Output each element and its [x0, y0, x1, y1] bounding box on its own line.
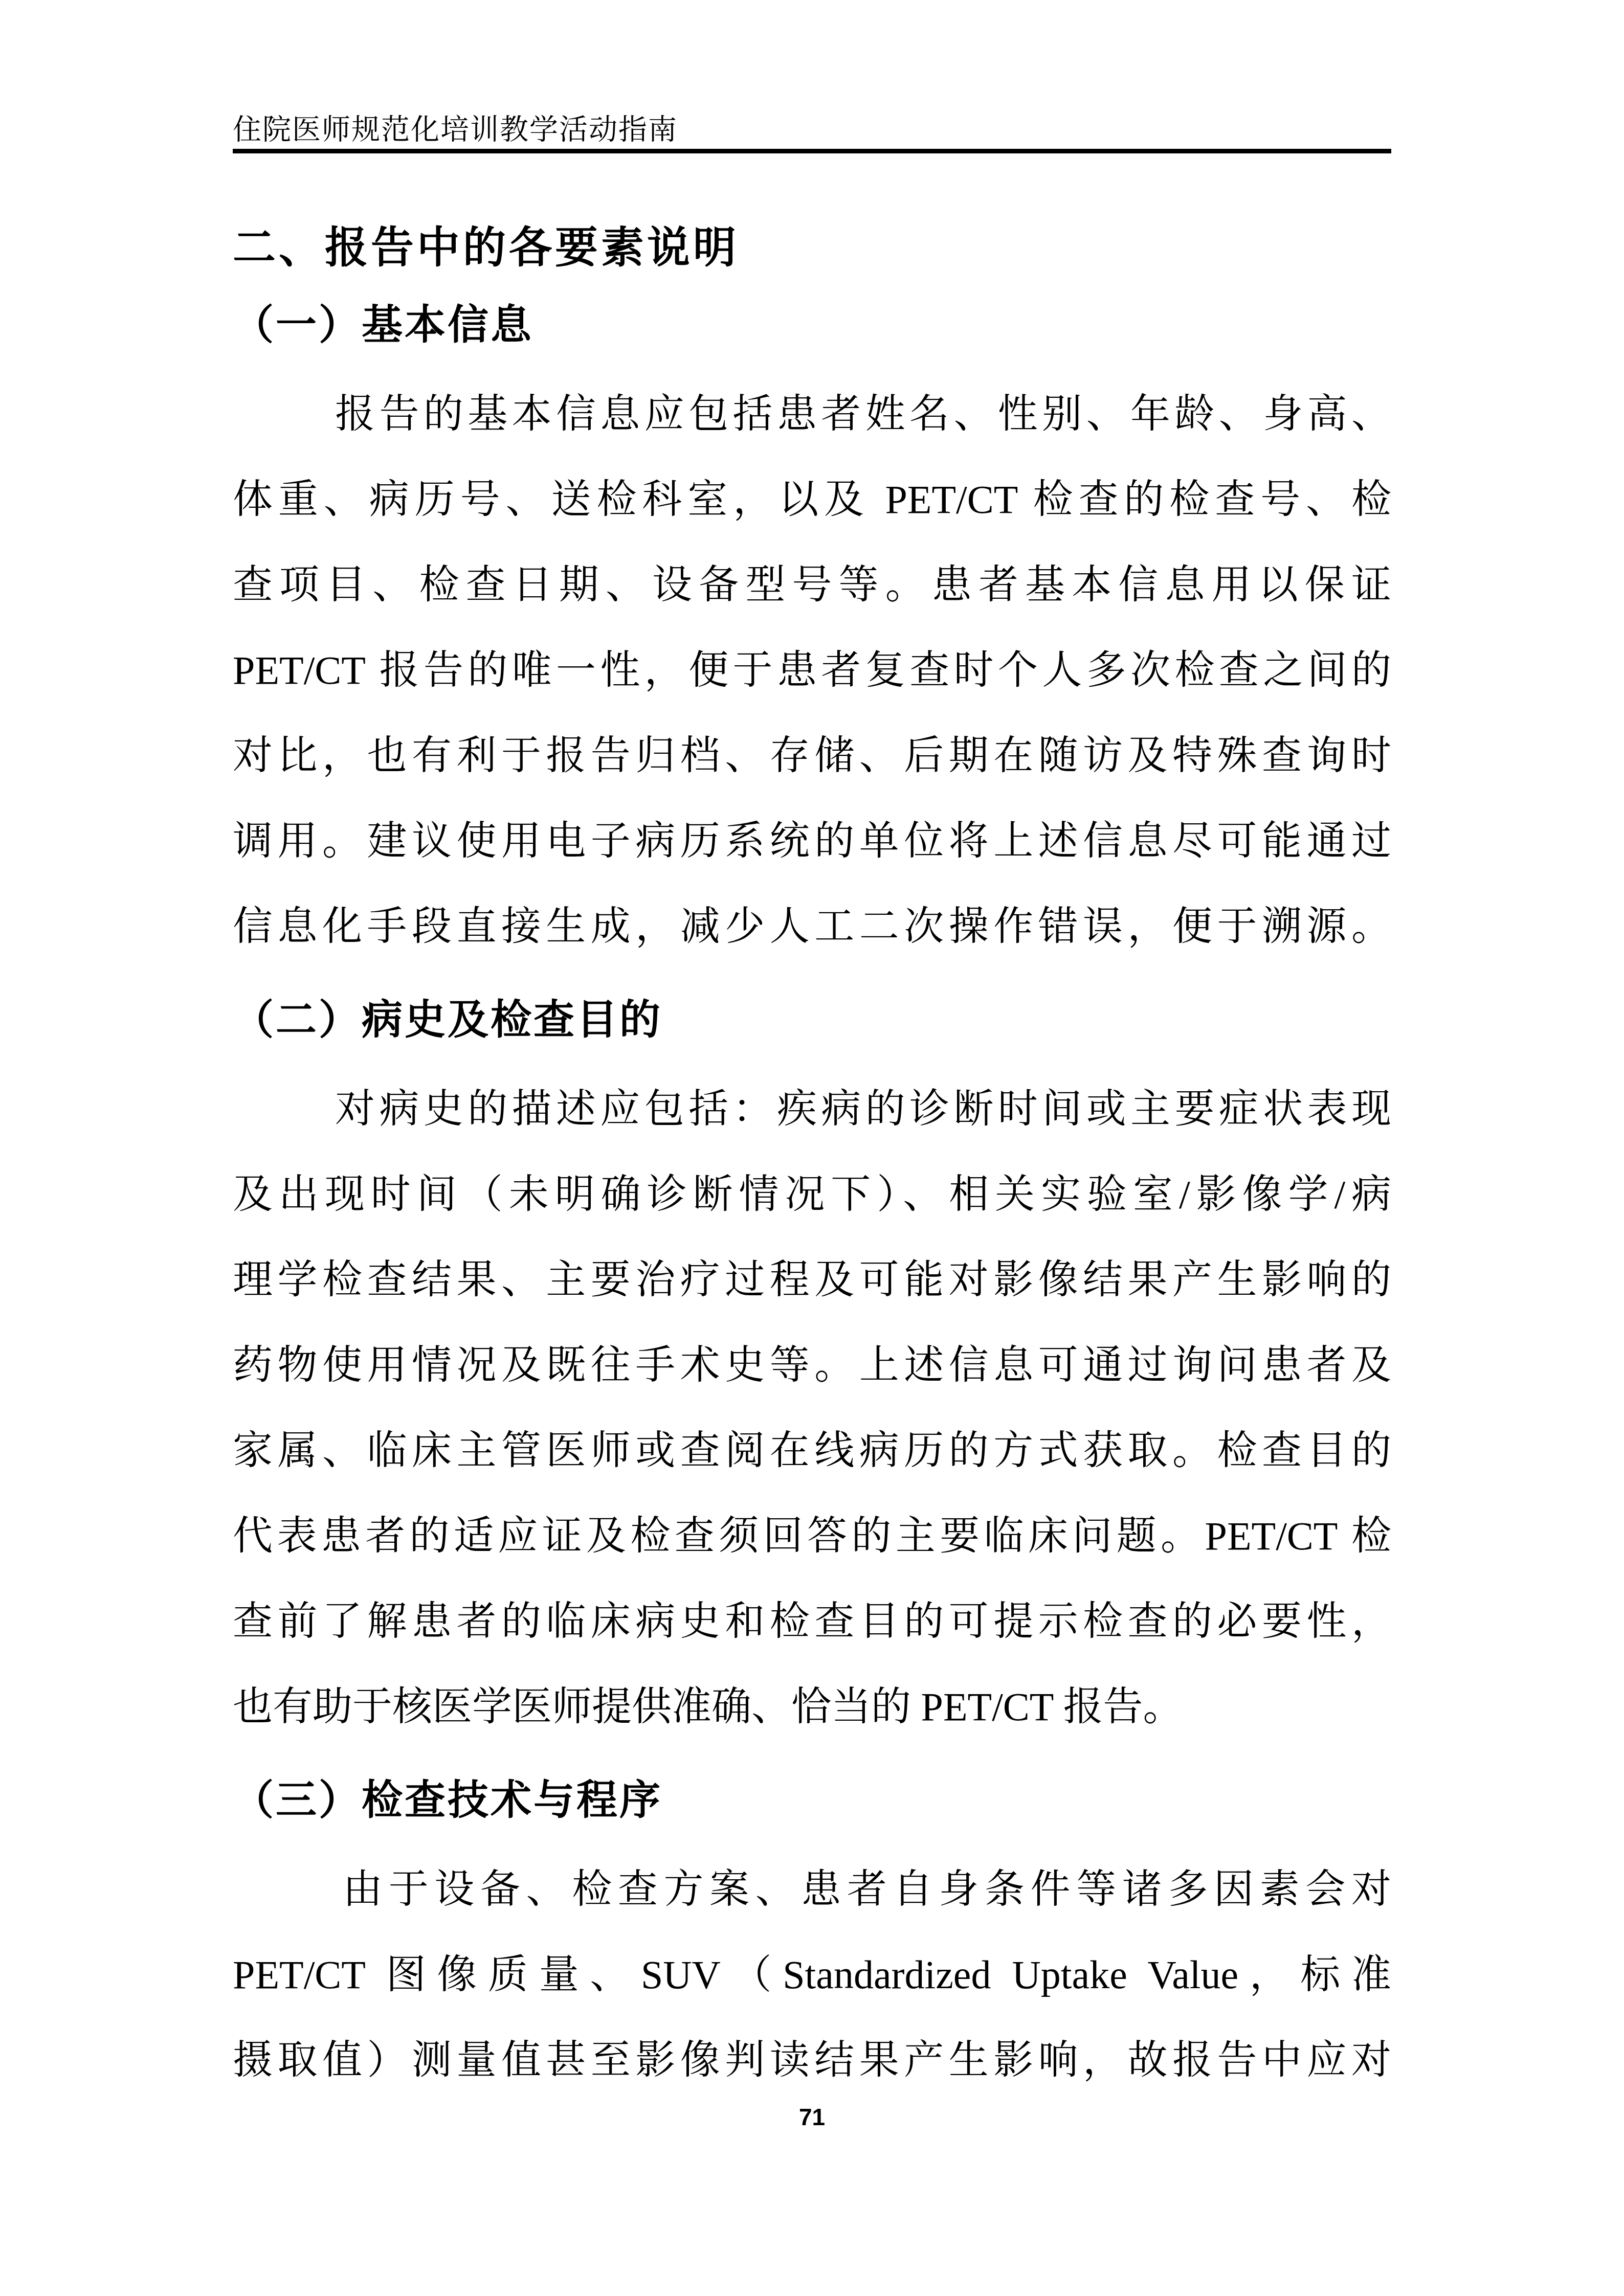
heading-basic-info: （一）基本信息	[233, 297, 1391, 353]
page-footer: 71	[233, 2104, 1391, 2130]
text-line: 报告的基本信息应包括患者姓名、性别、年龄、身高、	[233, 371, 1391, 457]
paragraph-basic-info: 报告的基本信息应包括患者姓名、性别、年龄、身高、 体重、病历号、送检科室，以及 …	[233, 371, 1391, 969]
text-line: 及出现时间（未明确诊断情况下）、相关实验室/影像学/病	[233, 1152, 1391, 1237]
page-header: 住院医师规范化培训教学活动指南	[233, 0, 1391, 153]
text-line: 药物使用情况及既往手术史等。上述信息可通过询问患者及	[233, 1322, 1391, 1408]
document-page: 住院医师规范化培训教学活动指南 二、报告中的各要素说明 （一）基本信息 报告的基…	[0, 0, 1624, 2296]
running-head: 住院医师规范化培训教学活动指南	[233, 0, 1391, 146]
header-rule	[233, 149, 1391, 153]
heading-technique-procedure: （三）检查技术与程序	[233, 1772, 1391, 1829]
text-line: 理学检查结果、主要治疗过程及可能对影像结果产生影响的	[233, 1237, 1391, 1322]
paragraph-technique-procedure: 由于设备、检查方案、患者自身条件等诸多因素会对 PET/CT 图像质量、SUV（…	[233, 1847, 1391, 2103]
text-line: 由于设备、检查方案、患者自身条件等诸多因素会对	[233, 1847, 1391, 1932]
content-area: 住院医师规范化培训教学活动指南 二、报告中的各要素说明 （一）基本信息 报告的基…	[233, 0, 1391, 2130]
text-line: 对病史的描述应包括：疾病的诊断时间或主要症状表现	[233, 1066, 1391, 1152]
page-title: 二、报告中的各要素说明	[233, 221, 1391, 274]
text-line: 查前了解患者的临床病史和检查目的可提示检查的必要性，	[233, 1579, 1391, 1664]
text-line: 信息化手段直接生成，减少人工二次操作错误，便于溯源。	[233, 884, 1391, 969]
paragraph-history-purpose: 对病史的描述应包括：疾病的诊断时间或主要症状表现 及出现时间（未明确诊断情况下）…	[233, 1066, 1391, 1749]
text-line: PET/CT 图像质量、SUV（Standardized Uptake Valu…	[233, 1932, 1391, 2017]
page-number: 71	[799, 2104, 825, 2130]
text-line: 调用。建议使用电子病历系统的单位将上述信息尽可能通过	[233, 798, 1391, 884]
text-line: PET/CT 报告的唯一性，便于患者复查时个人多次检查之间的	[233, 627, 1391, 713]
text-line: 摄取值）测量值甚至影像判读结果产生影响，故报告中应对	[233, 2017, 1391, 2103]
text-line: 也有助于核医学医师提供准确、恰当的 PET/CT 报告。	[233, 1664, 1391, 1749]
text-line: 查项目、检查日期、设备型号等。患者基本信息用以保证	[233, 542, 1391, 627]
text-line: 家属、临床主管医师或查阅在线病历的方式获取。检查目的	[233, 1408, 1391, 1493]
text-line: 体重、病历号、送检科室，以及 PET/CT 检查的检查号、检	[233, 457, 1391, 542]
heading-history-purpose: （二）病史及检查目的	[233, 992, 1391, 1048]
text-line: 对比，也有利于报告归档、存储、后期在随访及特殊查询时	[233, 713, 1391, 798]
text-line: 代表患者的适应证及检查须回答的主要临床问题。PET/CT 检	[233, 1493, 1391, 1579]
